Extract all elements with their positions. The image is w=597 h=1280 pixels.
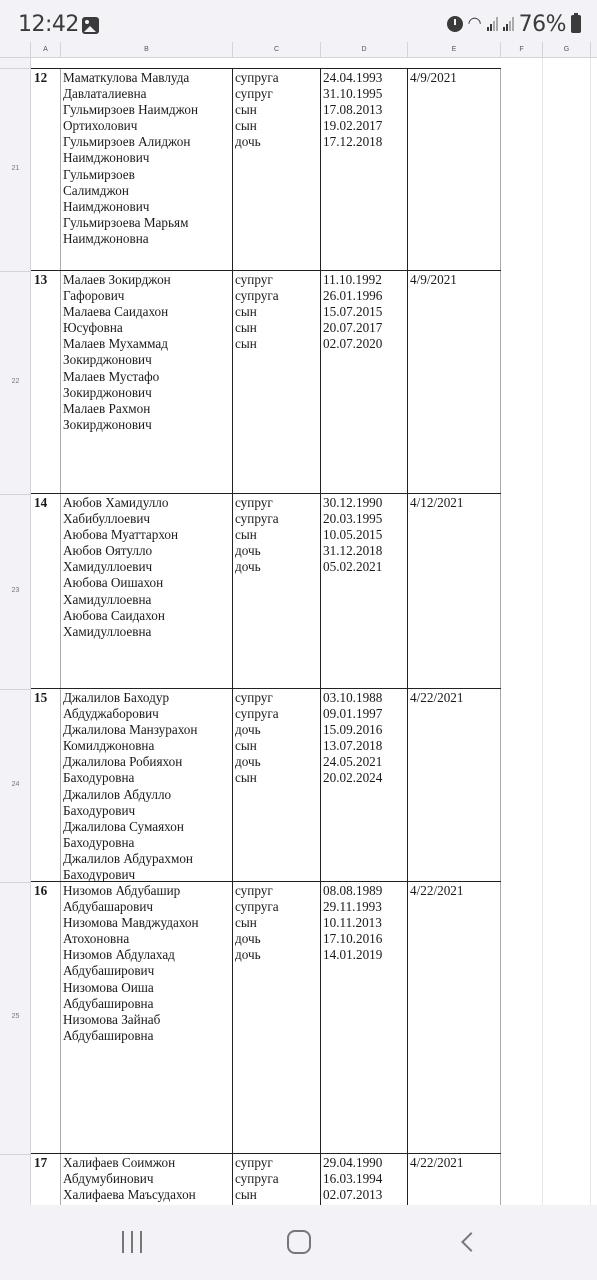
cell-relations-line: супруг (235, 272, 320, 288)
cell-names-line: Абдубашировна (63, 996, 232, 1012)
cell-relations-line: сын (235, 1187, 320, 1203)
cell-names-line: Салимджон (63, 183, 232, 199)
cell-relations-line: сын (235, 770, 320, 786)
cell-birthdates[interactable]: 11.10.199226.01.199615.07.201520.07.2017… (321, 271, 408, 493)
cell-names-line: Низомов Абдубашир (63, 883, 232, 899)
cell-names-line: Малаев Рахмон (63, 401, 232, 417)
cell-relations-line: супруга (235, 70, 320, 86)
cell-relations[interactable]: супругсупругасындочьдочь (233, 494, 321, 688)
cell-names-line: Баходуровна (63, 770, 232, 786)
cell-relations-line: супруг (235, 1155, 320, 1171)
cell-names-line: Юсуфовна (63, 320, 232, 336)
table-row: 17Халифаев СоимжонАбдумубиновичХалифаева… (31, 1154, 501, 1205)
signal-icon (503, 17, 514, 31)
cell-relations-line: сын (235, 738, 320, 754)
cell-birthdates-line: 29.11.1993 (323, 899, 407, 915)
cell-relations-line: супруга (235, 706, 320, 722)
cell-names-line: Халифаев Соимжон (63, 1155, 232, 1171)
cell-relations-line: супруг (235, 495, 320, 511)
cell-names-line: Халифаева Маъсудахон (63, 1187, 232, 1203)
cell-birthdates-line: 16.03.1994 (323, 1171, 407, 1187)
cell-names-line: Хамидуллоевна (63, 592, 232, 608)
cell-relations-line: супруга (235, 288, 320, 304)
cell-relations-line: супруга (235, 511, 320, 527)
cell-names-line: Абдумубинович (63, 1171, 232, 1187)
cell-relations-line: сын (235, 527, 320, 543)
column-header-d[interactable]: D (321, 42, 408, 58)
cell-names-line: Аюбова Саидахон (63, 608, 232, 624)
column-f-cells[interactable] (501, 58, 543, 1205)
row-header[interactable]: 22 (0, 378, 31, 385)
cell-birthdates-line: 20.03.1995 (323, 511, 407, 527)
cell-number[interactable]: 16 (31, 882, 61, 1153)
column-header-a[interactable]: A (31, 42, 61, 58)
cell-names-line: Баходуровна (63, 835, 232, 851)
column-g-cells[interactable] (543, 58, 591, 1205)
cell-number[interactable]: 15 (31, 689, 61, 881)
cell-names-line: Наимджонович (63, 199, 232, 215)
cell-relations[interactable]: супругсупругасындочьдочь (233, 882, 321, 1153)
spreadsheet-grid[interactable]: 12Маматкулова МавлудаДавлаталиевнаГульми… (0, 58, 597, 1205)
cell-relations-line: дочь (235, 754, 320, 770)
column-header-g[interactable]: G (543, 42, 591, 58)
cell-relations-line: дочь (235, 134, 320, 150)
cell-names-line: Наимджоновна (63, 231, 232, 247)
cell-names-line: Аюбова Оишахон (63, 575, 232, 591)
back-icon (461, 1232, 481, 1252)
cell-names-line: Наимджонович (63, 150, 232, 166)
cell-relations-line: сын (235, 336, 320, 352)
column-header-c[interactable]: C (233, 42, 321, 58)
cell-birthdates-line: 17.08.2013 (323, 102, 407, 118)
cell-names-line: Ортихолович (63, 118, 232, 134)
cell-birthdates-line: 29.04.1990 (323, 1155, 407, 1171)
cell-names-line: Маматкулова Мавлуда (63, 70, 232, 86)
cell-names[interactable]: Аюбов ХамидуллоХабибуллоевичАюбова Муатт… (61, 494, 233, 688)
cell-names-line: Хамидуллоевна (63, 624, 232, 640)
cell-names-line: Аюбов Хамидулло (63, 495, 232, 511)
row-header[interactable]: 21 (0, 165, 31, 172)
cell-birthdates-line: 20.07.2017 (323, 320, 407, 336)
cell-names[interactable]: Джалилов БаходурАбдуджаборовичДжалилова … (61, 689, 233, 881)
cell-birthdates-line: 24.04.1993 (323, 70, 407, 86)
status-icons: ◠ 76% (447, 12, 581, 36)
cell-names-line: Зокирджонович (63, 417, 232, 433)
cell-birthdates-line: 19.02.2017 (323, 118, 407, 134)
column-header-f[interactable]: F (501, 42, 543, 58)
cell-date[interactable]: 4/22/2021 (408, 1154, 501, 1205)
row-header-strip (0, 58, 31, 1205)
cell-names-line: Аюбова Муаттархон (63, 527, 232, 543)
cell-names-line: Гафорович (63, 288, 232, 304)
cell-names-line: Баходурович (63, 867, 232, 883)
cell-relations-line: сын (235, 118, 320, 134)
cell-names-line: Абдубашарович (63, 899, 232, 915)
cell-names-line: Малаев Мустафо (63, 369, 232, 385)
row-header[interactable]: 25 (0, 1013, 31, 1020)
cell-names-line: Комилджоновна (63, 738, 232, 754)
cell-birthdates-line: 17.12.2018 (323, 134, 407, 150)
cell-names-line: Абдубаширович (63, 963, 232, 979)
cell-birthdates-line: 08.08.1989 (323, 883, 407, 899)
cell-number[interactable]: 14 (31, 494, 61, 688)
cell-relations-line: сын (235, 915, 320, 931)
cell-names-line: Гульмирзоева Марьям (63, 215, 232, 231)
table-row: 15Джалилов БаходурАбдуджаборовичДжалилов… (31, 689, 501, 882)
column-header-e[interactable]: E (408, 42, 501, 58)
battery-icon (571, 15, 581, 33)
cell-relations[interactable]: супругсупругадочьсындочьсын (233, 689, 321, 881)
cell-names-line: Джалилова Робияхон (63, 754, 232, 770)
home-button[interactable] (282, 1227, 316, 1257)
cell-relations-line: дочь (235, 722, 320, 738)
cell-names-line: Джалилов Абдурахмон (63, 851, 232, 867)
select-all-corner[interactable] (0, 42, 31, 58)
cell-birthdates-line: 30.12.1990 (323, 495, 407, 511)
table-row: 14Аюбов ХамидуллоХабибуллоевичАюбова Муа… (31, 494, 501, 689)
cell-relations-line: сын (235, 102, 320, 118)
cell-birthdates-line: 02.07.2013 (323, 1187, 407, 1203)
signal-icon (487, 17, 498, 31)
cell-birthdates[interactable]: 29.04.199016.03.199402.07.2013 (321, 1154, 408, 1205)
cell-birthdates[interactable]: 08.08.198929.11.199310.11.201317.10.2016… (321, 882, 408, 1153)
cell-date[interactable]: 4/9/2021 (408, 271, 501, 493)
cell-number[interactable]: 12 (31, 69, 61, 270)
cell-birthdates-line: 09.01.1997 (323, 706, 407, 722)
cell-birthdates-line: 24.05.2021 (323, 754, 407, 770)
cell-names[interactable]: Низомов АбдубаширАбдубашаровичНизомова М… (61, 882, 233, 1153)
status-time: 12:42 (18, 12, 79, 37)
cell-relations-line: супруг (235, 86, 320, 102)
cell-names-line: Малаев Мухаммад (63, 336, 232, 352)
cell-names-line: Зокирджонович (63, 385, 232, 401)
cell-names-line: Давлаталиевна (63, 86, 232, 102)
cell-birthdates-line: 13.07.2018 (323, 738, 407, 754)
cell-names-line: Баходурович (63, 803, 232, 819)
cell-relations-line: дочь (235, 543, 320, 559)
cell-relations-line: супруга (235, 899, 320, 915)
row-header[interactable]: 23 (0, 587, 31, 594)
cell-date[interactable]: 4/22/2021 (408, 882, 501, 1153)
cell-names[interactable]: Малаев ЗокирджонГафоровичМалаева Саидахо… (61, 271, 233, 493)
cell-birthdates-line: 02.07.2020 (323, 336, 407, 352)
cell-birthdates-line: 15.07.2015 (323, 304, 407, 320)
cell-names-line: Хабибуллоевич (63, 511, 232, 527)
cell-birthdates-line: 20.02.2024 (323, 770, 407, 786)
wifi-icon: ◠ (468, 16, 482, 32)
cell-relations[interactable]: супругсупругасын (233, 1154, 321, 1205)
cell-relations-line: сын (235, 320, 320, 336)
cell-relations-line: дочь (235, 931, 320, 947)
cell-names-line: Зокирджонович (63, 352, 232, 368)
cell-names-line: Абдуджаборович (63, 706, 232, 722)
cell-date[interactable]: 4/9/2021 (408, 69, 501, 270)
cell-birthdates-line: 10.05.2015 (323, 527, 407, 543)
cell-birthdates[interactable]: 24.04.199331.10.199517.08.201319.02.2017… (321, 69, 408, 270)
cell-names-line: Гульмирзоев Наимджон (63, 102, 232, 118)
navigation-bar (0, 1205, 597, 1280)
cell-names-line: Джалилов Абдулло (63, 787, 232, 803)
cell-names-line: Низомов Абдулахад (63, 947, 232, 963)
cell-birthdates-line: 03.10.1988 (323, 690, 407, 706)
home-icon (287, 1230, 311, 1254)
cell-birthdates-line: 15.09.2016 (323, 722, 407, 738)
cell-relations[interactable]: супругасупругсынсындочь (233, 69, 321, 270)
cell-birthdates-line: 05.02.2021 (323, 559, 407, 575)
cell-names-line: Малаев Зокирджон (63, 272, 232, 288)
cell-birthdates-line: 31.12.2018 (323, 543, 407, 559)
battery-percent: 76% (519, 12, 566, 37)
cell-names-line: Малаева Саидахон (63, 304, 232, 320)
cell-names-line: Низомова Мавджудахон (63, 915, 232, 931)
gallery-icon (82, 17, 99, 34)
cell-names-line: Низомова Оиша (63, 980, 232, 996)
alarm-icon (447, 16, 463, 32)
cell-birthdates[interactable]: 30.12.199020.03.199510.05.201531.12.2018… (321, 494, 408, 688)
cell-relations-line: дочь (235, 947, 320, 963)
cell-names-line: Хамидуллоевич (63, 559, 232, 575)
back-button[interactable] (452, 1227, 482, 1257)
cell-names-line: Абдубашировна (63, 1028, 232, 1044)
cell-number[interactable]: 17 (31, 1154, 61, 1205)
cell-birthdates-line: 31.10.1995 (323, 86, 407, 102)
cell-names-line: Джалилова Сумаяхон (63, 819, 232, 835)
cell-relations-line: супруг (235, 690, 320, 706)
cell-relations-line: супруг (235, 883, 320, 899)
cell-names-line: Джалилов Баходур (63, 690, 232, 706)
cell-relations[interactable]: супругсупругасынсынсын (233, 271, 321, 493)
cell-names[interactable]: Халифаев СоимжонАбдумубиновичХалифаева М… (61, 1154, 233, 1205)
column-header-bar: A B C D E F G (0, 42, 597, 58)
cell-birthdates-line: 26.01.1996 (323, 288, 407, 304)
cell-names[interactable]: Маматкулова МавлудаДавлаталиевнаГульмирз… (61, 69, 233, 270)
cell-date[interactable]: 4/12/2021 (408, 494, 501, 688)
cell-date[interactable]: 4/22/2021 (408, 689, 501, 881)
table-row: 12Маматкулова МавлудаДавлаталиевнаГульми… (31, 68, 501, 271)
cell-birthdates-line: 10.11.2013 (323, 915, 407, 931)
table-row: 16Низомов АбдубаширАбдубашаровичНизомова… (31, 882, 501, 1154)
status-bar: 12:42 ◠ 76% (0, 0, 597, 42)
cell-names-line: Гульмирзоев Алиджон (63, 134, 232, 150)
row-header[interactable]: 24 (0, 781, 31, 788)
cell-relations-line: супруга (235, 1171, 320, 1187)
recent-apps-button[interactable] (115, 1227, 149, 1257)
cell-names-line: Гульмирзоев (63, 167, 232, 183)
cell-relations-line: сын (235, 304, 320, 320)
cell-birthdates[interactable]: 03.10.198809.01.199715.09.201613.07.2018… (321, 689, 408, 881)
cell-names-line: Низомова Зайнаб (63, 1012, 232, 1028)
cell-names-line: Джалилова Манзурахон (63, 722, 232, 738)
cell-number[interactable]: 13 (31, 271, 61, 493)
cell-relations-line: дочь (235, 559, 320, 575)
cell-birthdates-line: 14.01.2019 (323, 947, 407, 963)
cell-birthdates-line: 17.10.2016 (323, 931, 407, 947)
cell-names-line: Атохоновна (63, 931, 232, 947)
cell-birthdates-line: 11.10.1992 (323, 272, 407, 288)
column-header-b[interactable]: B (61, 42, 233, 58)
table-row: 13Малаев ЗокирджонГафоровичМалаева Саида… (31, 271, 501, 494)
cell-names-line: Аюбов Оятулло (63, 543, 232, 559)
